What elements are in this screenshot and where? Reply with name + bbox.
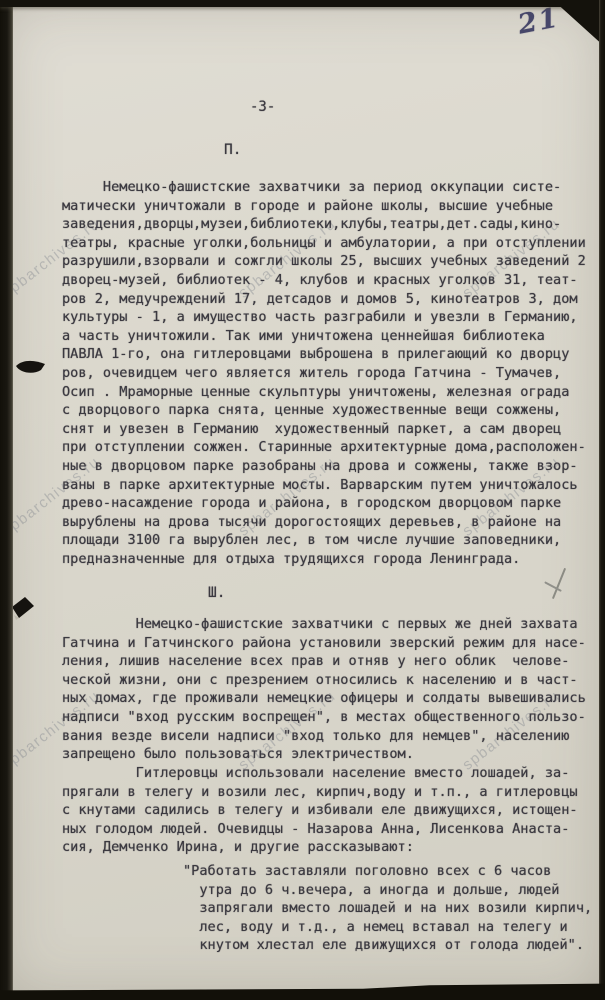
document-scan: { "colors": { "paper": "#dbd8cd", "typew… <box>0 0 605 1000</box>
typed-paragraph: Немецко-фашистские захватчики за период … <box>62 178 586 568</box>
ink-blob <box>9 595 37 623</box>
handwritten-page-number: 21 <box>515 2 562 40</box>
pencil-stroke <box>552 568 566 599</box>
pencil-cross-mark <box>541 566 577 602</box>
paper-sheet: spbarchives.ru spbarchives.ru spbarchive… <box>0 0 605 1000</box>
scan-edge-left <box>0 0 13 1000</box>
scan-edge-right <box>599 0 605 1000</box>
section-heading-2: П. <box>224 141 241 160</box>
ink-blob <box>15 358 47 378</box>
witness-quote: "Работать заставляли поголовно всех с 6 … <box>183 862 592 955</box>
section-heading-3: Ш. <box>208 584 225 603</box>
typed-paragraph: Гитлеровцы использовали население вместо… <box>62 764 578 857</box>
typed-paragraph: Немецко-фашистские захватчики с первых ж… <box>62 615 586 764</box>
scan-edge-top <box>0 0 605 7</box>
typed-page-number: -3- <box>250 98 275 117</box>
